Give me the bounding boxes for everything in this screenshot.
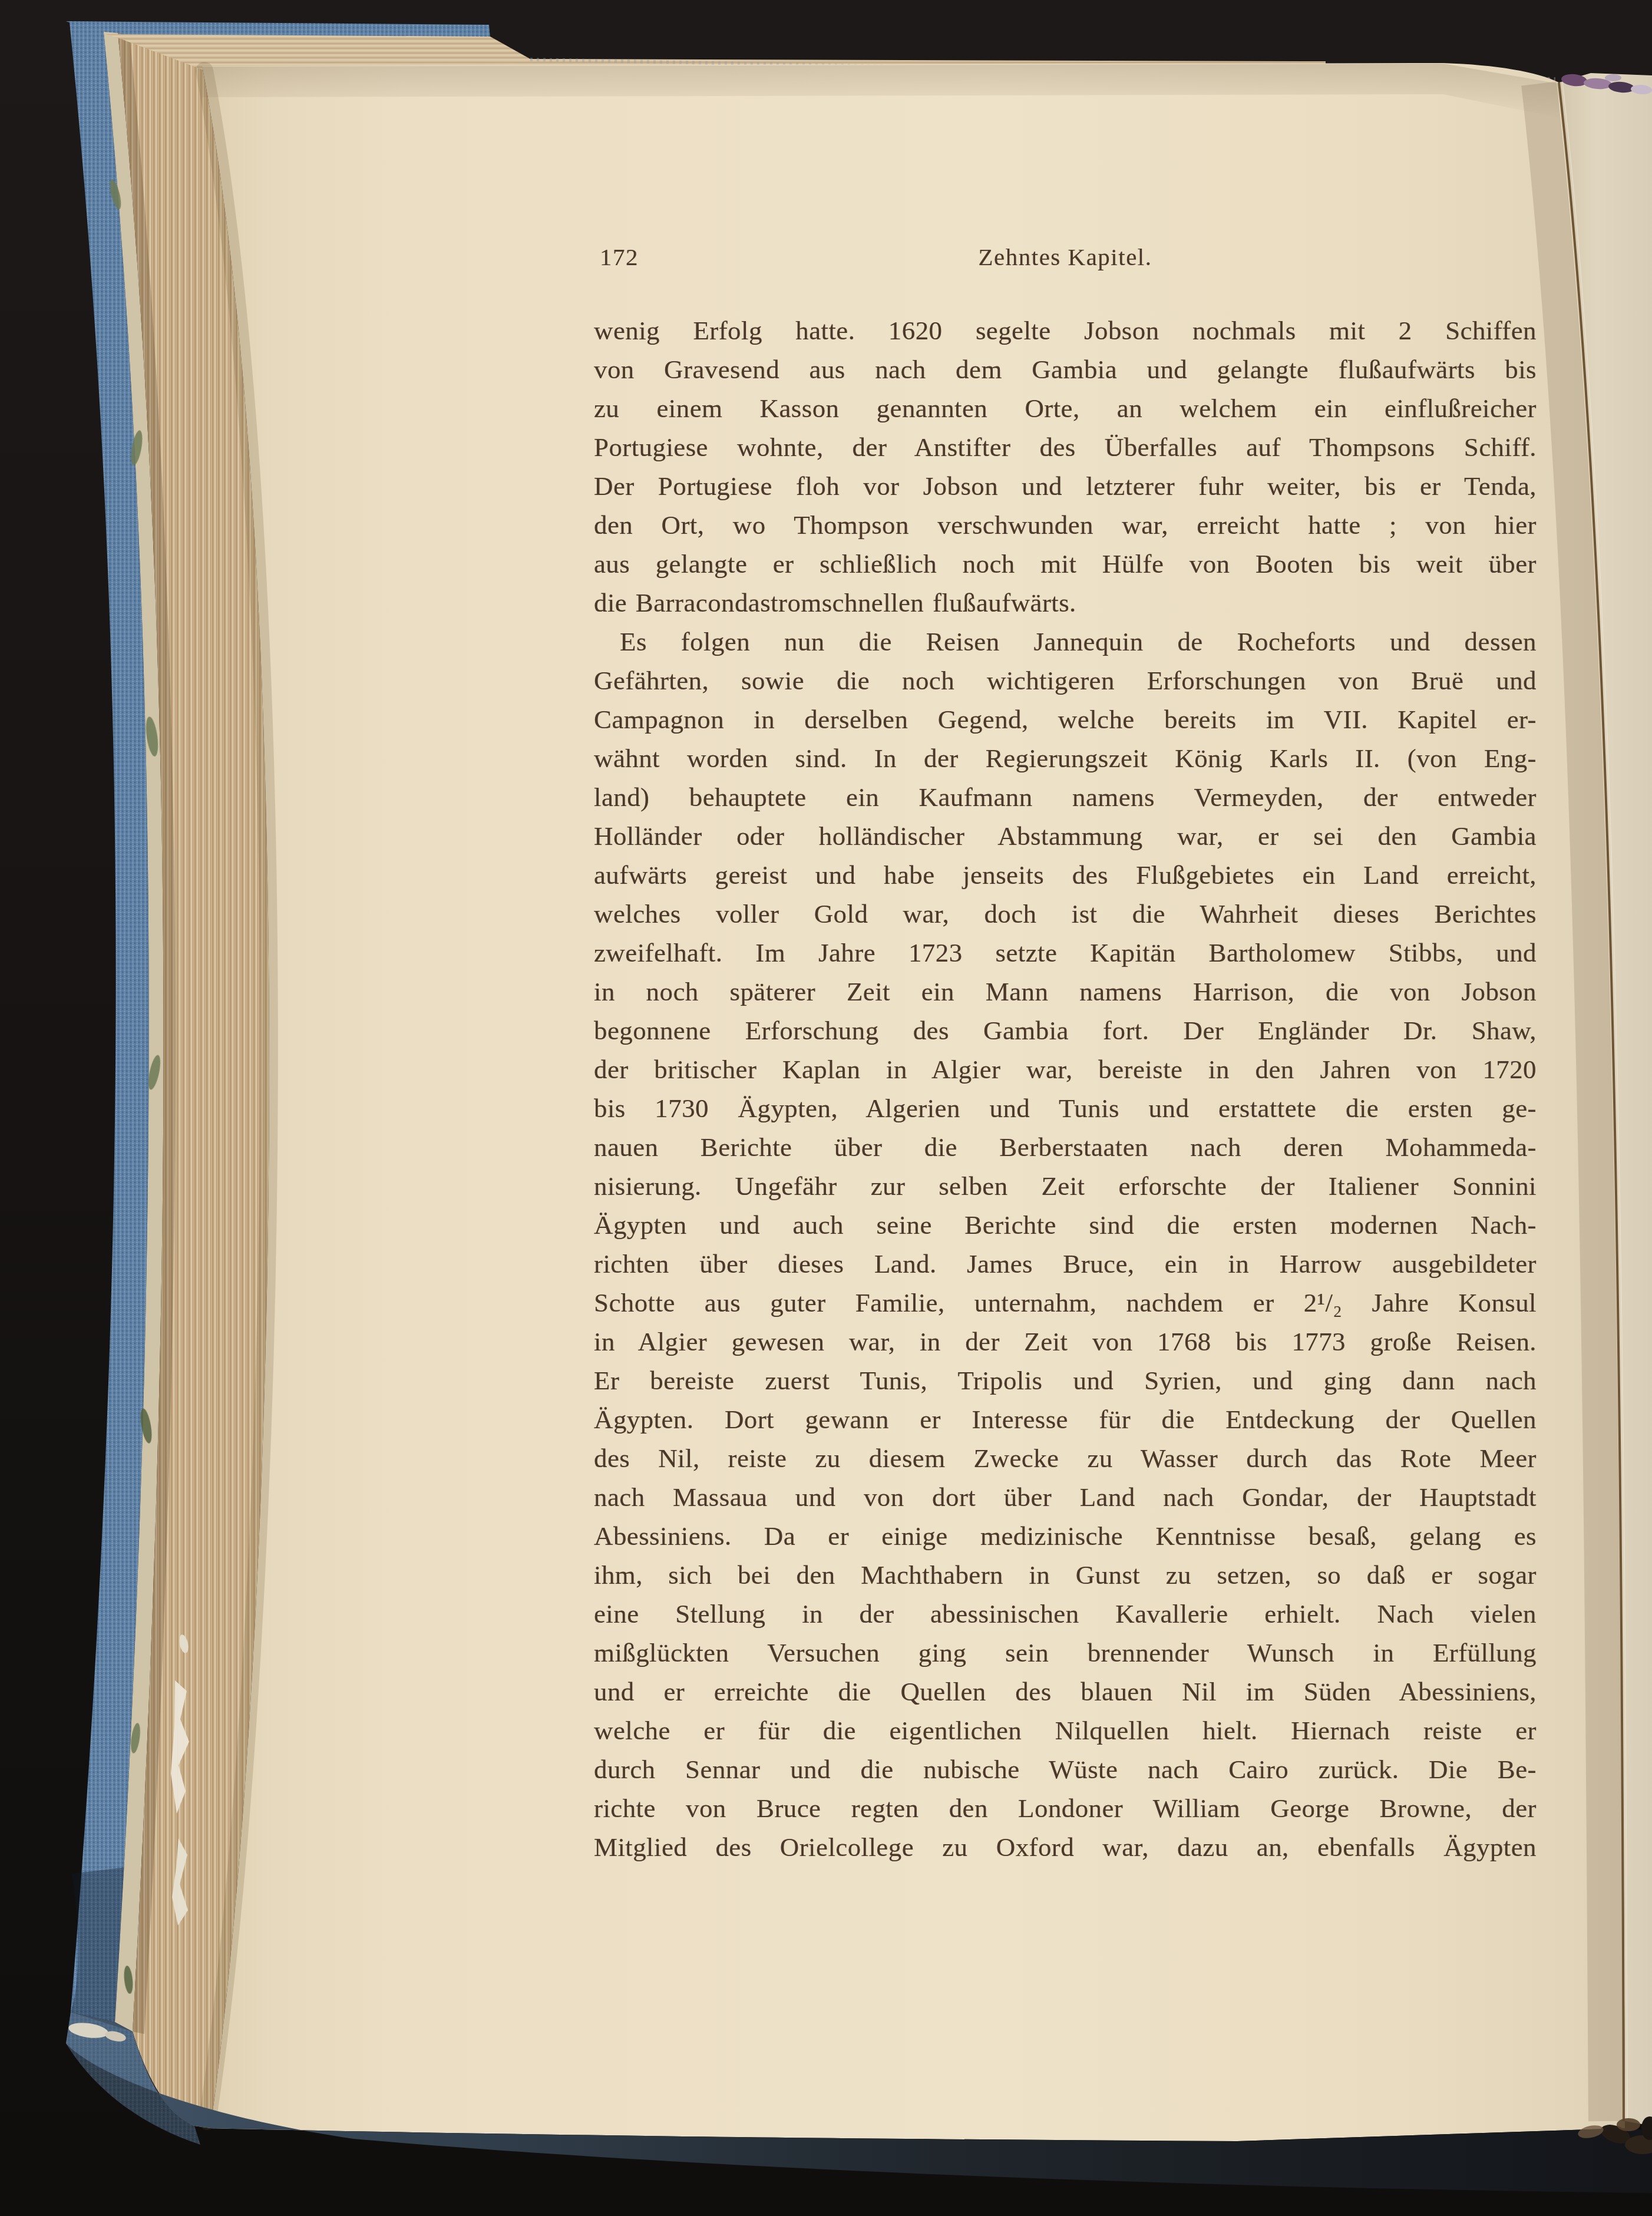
text-line: richten über dieses Land. James Bruce, e… [594,1244,1537,1283]
printed-page-text: 172 Zehntes Kapitel. wenig Erfolg hatte.… [594,242,1537,1867]
text-line: Ägypten und auch seine Berichte sind die… [594,1206,1537,1244]
text-line: aufwärts gereist und habe jenseits des F… [594,856,1537,894]
text-line: Campagnon in derselben Gegend, welche be… [594,700,1537,739]
text-line: Er bereiste zuerst Tunis, Tripolis und S… [594,1361,1537,1400]
text-line: eine Stellung in der abessinischen Kaval… [594,1594,1537,1633]
text-line: nauen Berichte über die Berberstaaten na… [594,1128,1537,1167]
text-line: und er erreichte die Quellen des blauen … [594,1672,1537,1711]
text-line: Mitglied des Orielcollege zu Oxford war,… [594,1828,1537,1867]
text-line: Portugiese wohnte, der Anstifter des Übe… [594,428,1537,467]
text-line: durch Sennar und die nubische Wüste nach… [594,1750,1537,1789]
text-line: Es folgen nun die Reisen Jannequin de Ro… [594,622,1537,661]
text-line: in Algier gewesen war, in der Zeit von 1… [594,1322,1537,1361]
book-photo-scene: 172 Zehntes Kapitel. wenig Erfolg hatte.… [0,0,1652,2216]
text-line: wenig Erfolg hatte. 1620 segelte Jobson … [594,311,1537,350]
text-line: ihm, sich bei den Machthabern in Gunst z… [594,1556,1537,1594]
text-line: Gefährten, sowie die noch wichtigeren Er… [594,661,1537,700]
text-line: zu einem Kasson genannten Orte, an welch… [594,389,1537,428]
text-line: der britischer Kaplan in Algier war, ber… [594,1050,1537,1089]
text-line: aus gelangte er schließlich noch mit Hül… [594,544,1537,583]
text-line: Holländer oder holländischer Abstammung … [594,817,1537,856]
page-header: 172 Zehntes Kapitel. [594,242,1537,272]
text-line: wähnt worden sind. In der Regierungszeit… [594,739,1537,778]
text-line: Der Portugiese floh vor Jobson und letzt… [594,467,1537,506]
text-line: Abessiniens. Da er einige medizinische K… [594,1517,1537,1556]
text-line: welches voller Gold war, doch ist die Wa… [594,894,1537,933]
text-line: Ägypten. Dort gewann er Interesse für di… [594,1400,1537,1439]
text-line: mißglückten Versuchen ging sein brennend… [594,1633,1537,1672]
body-text: wenig Erfolg hatte. 1620 segelte Jobson … [594,311,1537,1867]
text-line: in noch späterer Zeit ein Mann namens Ha… [594,972,1537,1011]
text-line: land) behauptete ein Kaufmann namens Ver… [594,778,1537,817]
text-line: richte von Bruce regten den Londoner Wil… [594,1789,1537,1828]
text-line: Schotte aus guter Familie, unternahm, na… [594,1283,1537,1322]
text-line: nach Massaua und von dort über Land nach… [594,1478,1537,1517]
text-line: welche er für die eigentlichen Nilquelle… [594,1711,1537,1750]
text-line: nisierung. Ungefähr zur selben Zeit erfo… [594,1167,1537,1206]
page-number: 172 [600,242,639,272]
running-head: Zehntes Kapitel. [594,242,1537,272]
text-line: die Barracondastromschnellen flußaufwärt… [594,583,1537,622]
text-line: zweifelhaft. Im Jahre 1723 setzte Kapitä… [594,933,1537,972]
text-line: von Gravesend aus nach dem Gambia und ge… [594,350,1537,389]
text-line: des Nil, reiste zu diesem Zwecke zu Wass… [594,1439,1537,1478]
text-line: den Ort, wo Thompson verschwunden war, e… [594,506,1537,544]
text-line: bis 1730 Ägypten, Algerien und Tunis und… [594,1089,1537,1128]
text-line: begonnene Erforschung des Gambia fort. D… [594,1011,1537,1050]
